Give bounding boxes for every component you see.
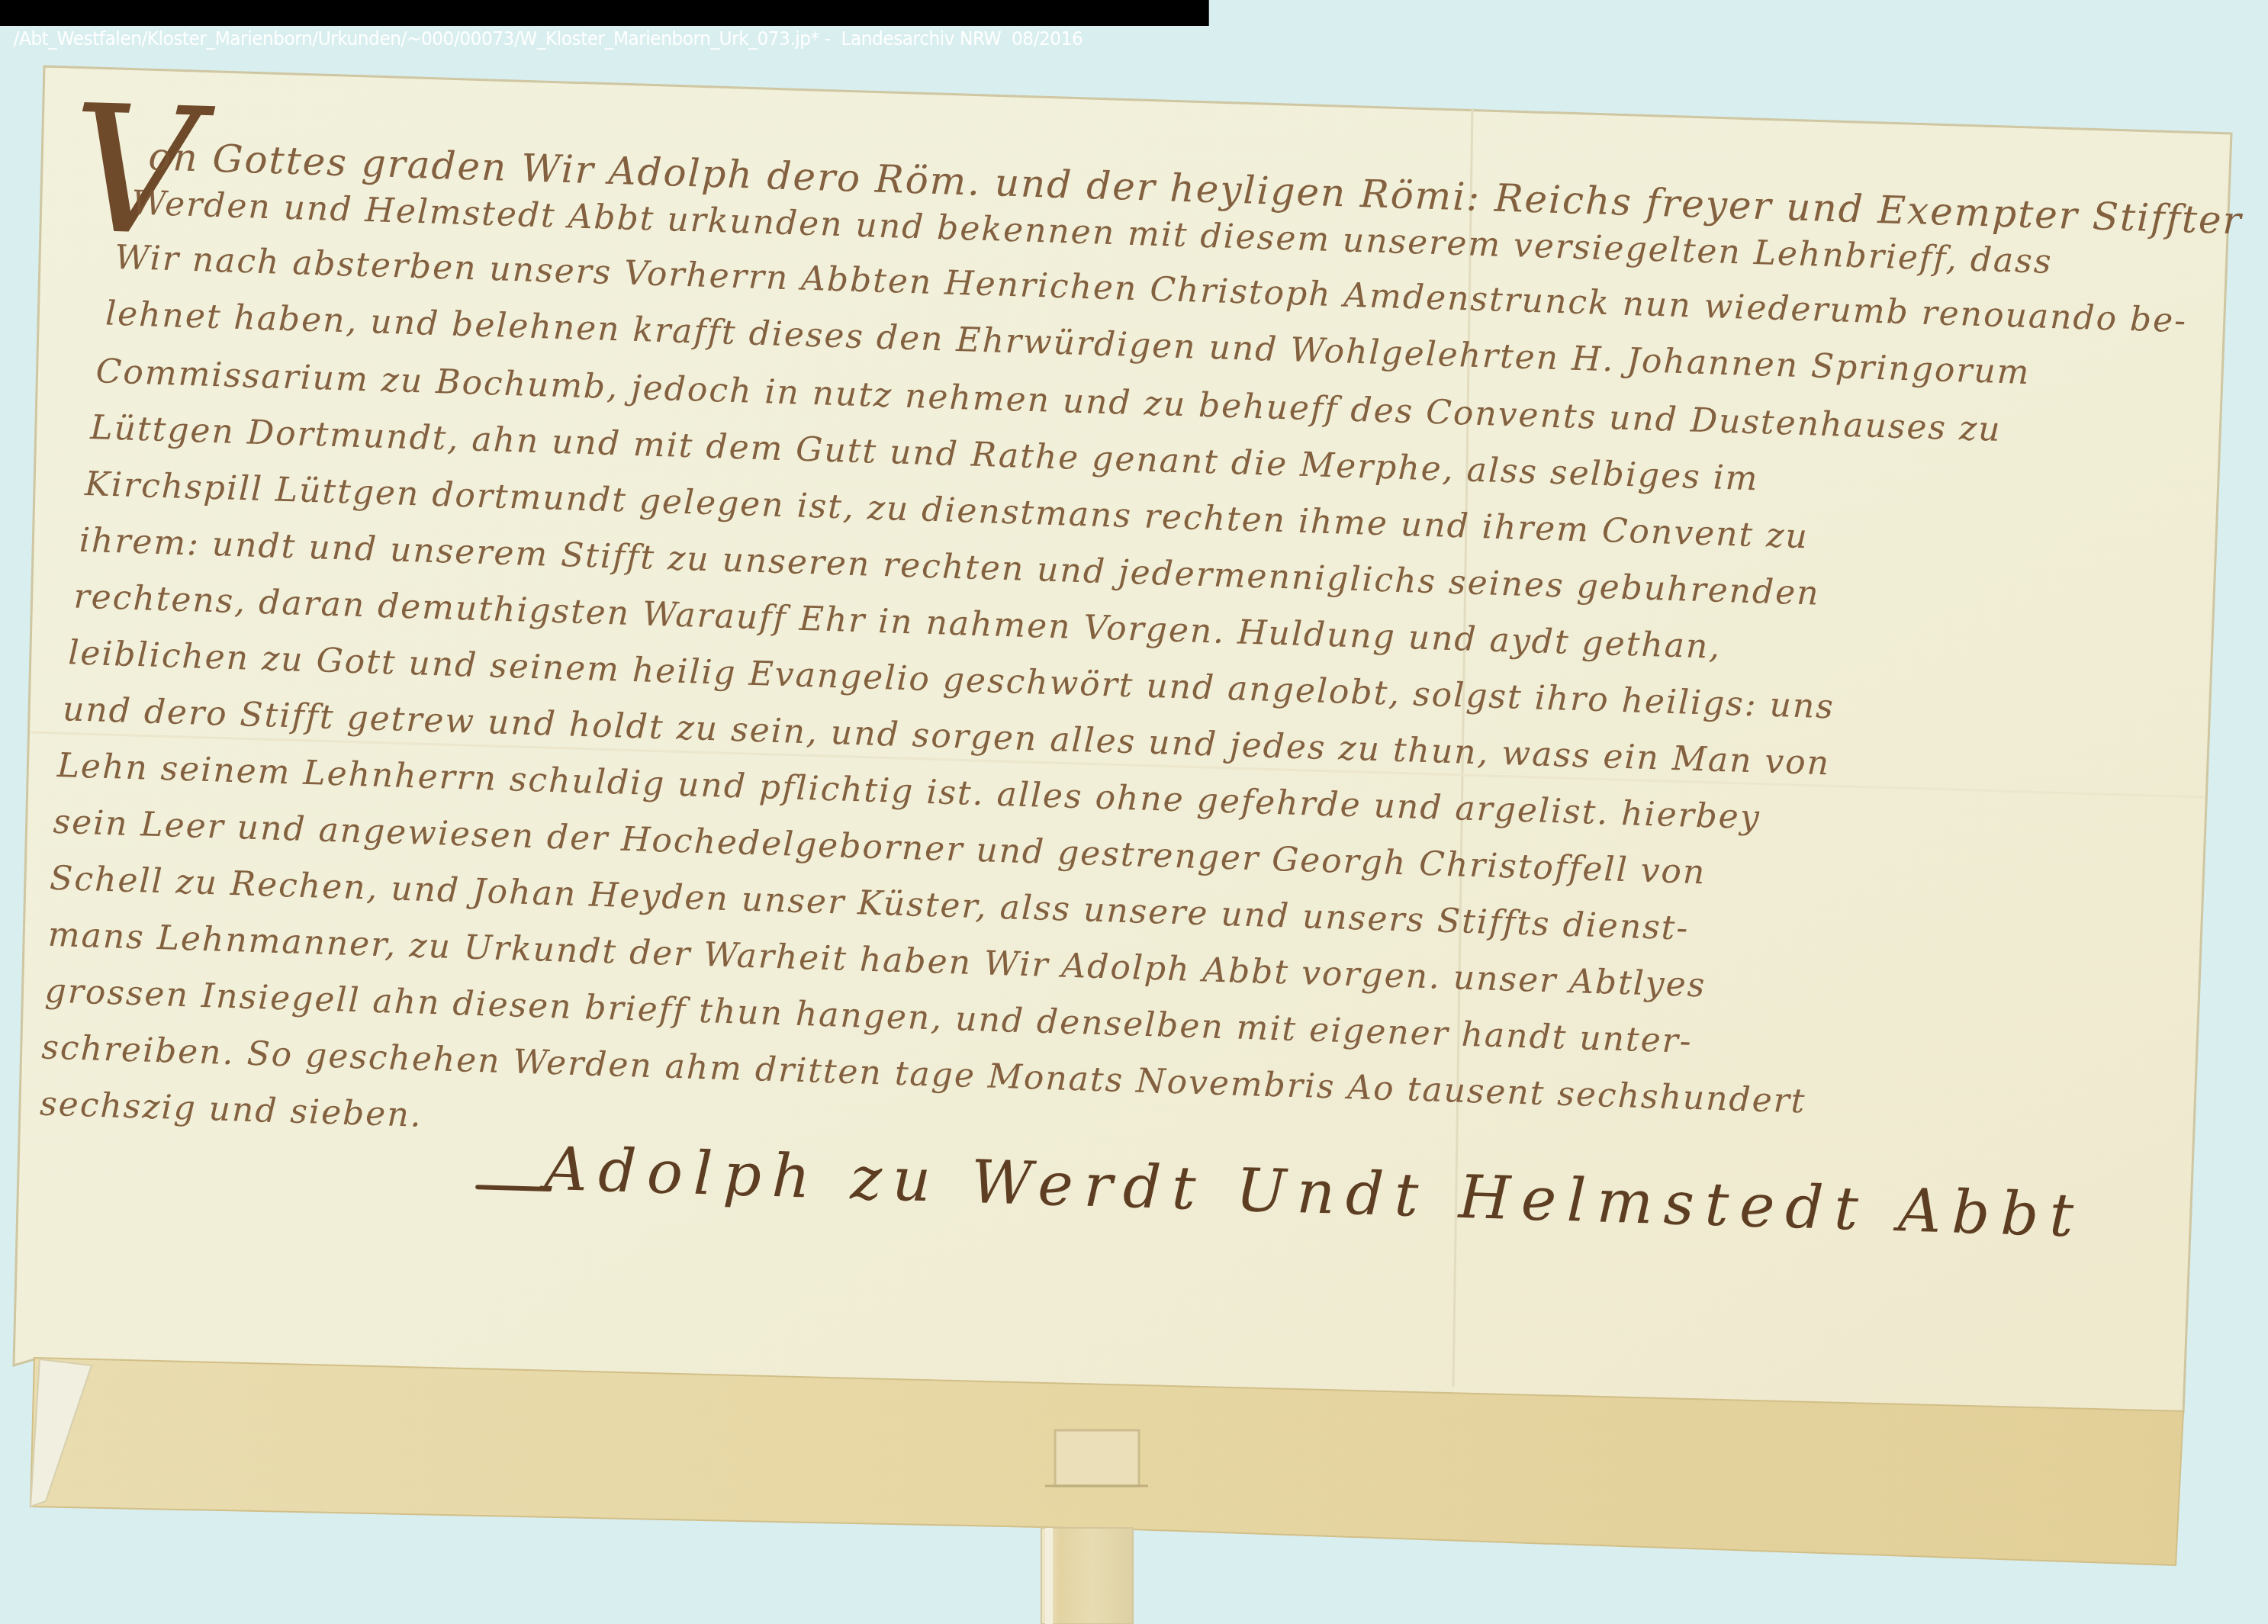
text-line-18: sechszig und sieben.: [39, 1084, 423, 1134]
signature-flourish: [475, 1185, 552, 1191]
signature: Adolph zu Werdt Undt Helmstedt Abbt: [544, 1135, 2086, 1251]
charter-text: V on Gottes graden Wir Adolph dero Röm. …: [4, 66, 2232, 1445]
seal-slot: [1055, 1430, 1139, 1486]
seal-ribbon: [1041, 1528, 1133, 1624]
